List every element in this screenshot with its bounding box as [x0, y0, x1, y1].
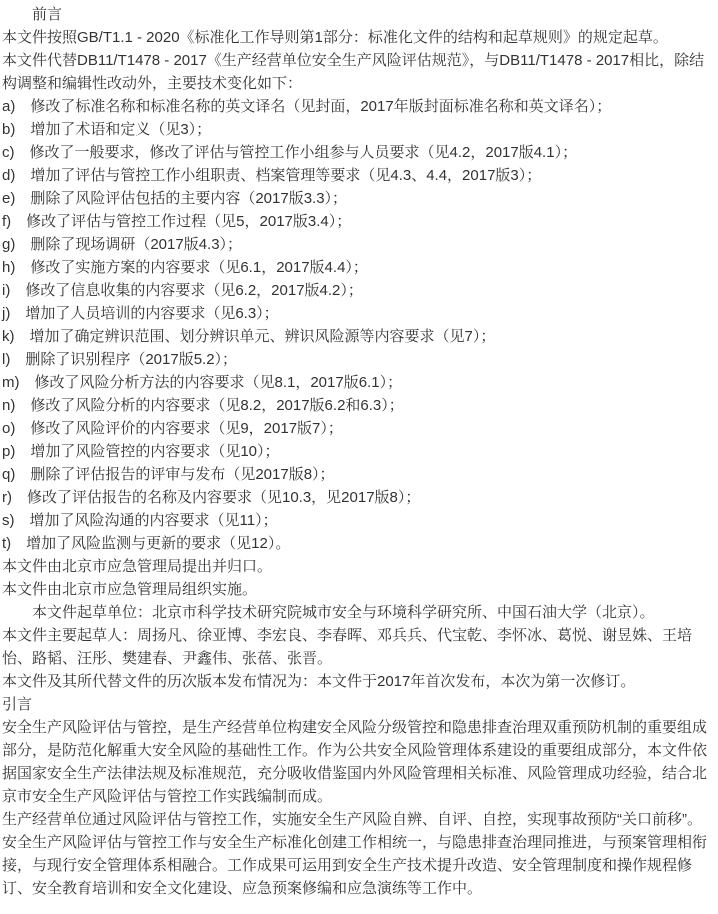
- introduction-paragraph-1: 安全生产风险评估与管控，是生产经营单位构建安全风险分级管控和隐患排查治理双重预防…: [2, 716, 716, 808]
- introduction-heading: 引言: [2, 693, 716, 716]
- change-item-h: h) 修改了实施方案的内容要求（见6.1，2017版4.4）；: [2, 256, 716, 279]
- paragraph-proposed-by: 本文件由北京市应急管理局提出并归口。: [2, 555, 716, 578]
- paragraph-drafters: 本文件主要起草人：周扬凡、徐亚博、李宏良、李春晖、邓兵兵、代宝乾、李怀冰、葛悦、…: [2, 624, 716, 670]
- change-item-e: e) 删除了风险评估包括的主要内容（2017版3.3）；: [2, 187, 716, 210]
- change-item-p: p) 增加了风险管控的内容要求（见10）；: [2, 440, 716, 463]
- introduction-paragraph-2: 生产经营单位通过风险评估与管控工作，实施安全生产风险自辨、自评、自控，实现事故预…: [2, 808, 716, 900]
- paragraph-version-history: 本文件及其所代替文件的历次版本发布情况为：本文件于2017年首次发布，本次为第一…: [2, 670, 716, 693]
- change-item-c: c) 修改了一般要求，修改了评估与管控工作小组参与人员要求（见4.2，2017版…: [2, 141, 716, 164]
- change-item-s: s) 增加了风险沟通的内容要求（见11）；: [2, 509, 716, 532]
- change-item-d: d) 增加了评估与管控工作小组职责、档案管理等要求（见4.3、4.4，2017版…: [2, 164, 716, 187]
- change-item-f: f) 修改了评估与管控工作过程（见5，2017版3.4）；: [2, 210, 716, 233]
- change-item-q: q) 删除了评估报告的评审与发布（见2017版8）；: [2, 463, 716, 486]
- change-item-i: i) 修改了信息收集的内容要求（见6.2，2017版4.2）；: [2, 279, 716, 302]
- standard-document-page: 前言 本文件按照GB/T1.1 - 2020《标准化工作导则第1部分：标准化文件…: [0, 0, 718, 900]
- change-item-r: r) 修改了评估报告的名称及内容要求（见10.3，见2017版8）；: [2, 486, 716, 509]
- paragraph-replacement-notice: 本文件代替DB11/T1478 - 2017《生产经营单位安全生产风险评估规范》…: [2, 49, 716, 95]
- paragraph-drafting-units: 本文件起草单位：北京市科学技术研究院城市安全与环境科学研究所、中国石油大学（北京…: [2, 601, 716, 624]
- change-item-l: l) 删除了识别程序（2017版5.2）；: [2, 348, 716, 371]
- change-item-g: g) 删除了现场调研（2017版4.3）；: [2, 233, 716, 256]
- change-item-m: m) 修改了风险分析方法的内容要求（见8.1，2017版6.1）；: [2, 371, 716, 394]
- foreword-heading: 前言: [2, 3, 716, 26]
- change-item-t: t) 增加了风险监测与更新的要求（见12）。: [2, 532, 716, 555]
- change-item-a: a) 修改了标准名称和标准名称的英文译名（见封面，2017年版封面标准名称和英文…: [2, 95, 716, 118]
- change-item-o: o) 修改了风险评价的内容要求（见9，2017版7）；: [2, 417, 716, 440]
- paragraph-implemented-by: 本文件由北京市应急管理局组织实施。: [2, 578, 716, 601]
- paragraph-drafting-basis: 本文件按照GB/T1.1 - 2020《标准化工作导则第1部分：标准化文件的结构…: [2, 26, 716, 49]
- change-item-k: k) 增加了确定辨识范围、划分辨识单元、辨识风险源等内容要求（见7）；: [2, 325, 716, 348]
- change-item-n: n) 修改了风险分析的内容要求（见8.2，2017版6.2和6.3）；: [2, 394, 716, 417]
- change-item-j: j) 增加了人员培训的内容要求（见6.3）；: [2, 302, 716, 325]
- change-item-b: b) 增加了术语和定义（见3）；: [2, 118, 716, 141]
